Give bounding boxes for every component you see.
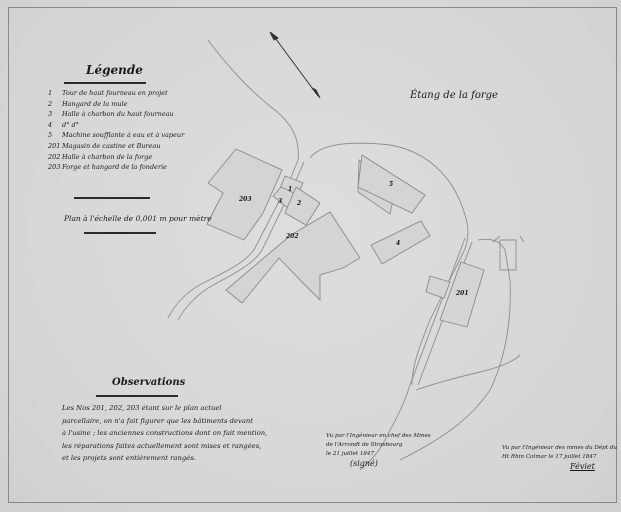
map-sheet: Légende 1Tour de haut fourneau en projet…: [0, 0, 621, 512]
building-label-201: 201: [456, 290, 469, 297]
approval-note-colmar: Vu par l'Ingénieur des mines du Dépt du …: [502, 444, 617, 471]
legend-item: 203Forge et hangard de la fonderie: [48, 162, 184, 173]
building-label-2: 2: [297, 200, 301, 207]
legend-item: 4d° d°: [48, 120, 184, 131]
building-label-1: 1: [288, 186, 292, 193]
legend-item: 201Magasin de castine et Bureau: [48, 141, 184, 152]
observations-title: Observations: [112, 377, 185, 388]
legend-item: 2Hangard de la mule: [48, 99, 184, 110]
legend-item: 5Machine soufflante à eau et à vapeur: [48, 130, 184, 141]
building-label-4: 4: [396, 240, 400, 247]
legend-list: 1Tour de haut fourneau en projet 2Hangar…: [48, 88, 184, 173]
building-201-annex: [426, 276, 450, 298]
signature: (signé): [350, 459, 431, 468]
building-203: [207, 149, 282, 240]
legend-title-rule: [64, 82, 146, 84]
building-label-3: 3: [278, 198, 282, 205]
legend-bottom-rule: [74, 197, 150, 199]
scale-rule: [84, 232, 156, 234]
observations-body: Les Nos 201, 202, 203 étant sur le plan …: [62, 402, 302, 465]
legend-item: 202Halle à charbon de la forge: [48, 152, 184, 163]
building-label-5: 5: [389, 181, 393, 188]
north-arrow-icon: [270, 32, 320, 98]
building-4: [371, 221, 430, 264]
observations-rule: [96, 395, 178, 397]
pond-label: Étang de la forge: [410, 90, 498, 101]
legend-item: 1Tour de haut fourneau en projet: [48, 88, 184, 99]
pond-shoreline-left: [208, 40, 298, 160]
scale-text: Plan à l'échelle de 0,001 m pour mètre: [64, 214, 212, 223]
legend-item: 3Halle à charbon du haut fourneau: [48, 109, 184, 120]
building-label-202: 202: [286, 233, 299, 240]
signature: Féviet: [570, 462, 617, 471]
legend-title: Légende: [86, 63, 143, 77]
approval-note-strasbourg: Vu par l'Ingénieur en chef des Mines de …: [326, 432, 431, 468]
building-label-203: 203: [239, 196, 252, 203]
